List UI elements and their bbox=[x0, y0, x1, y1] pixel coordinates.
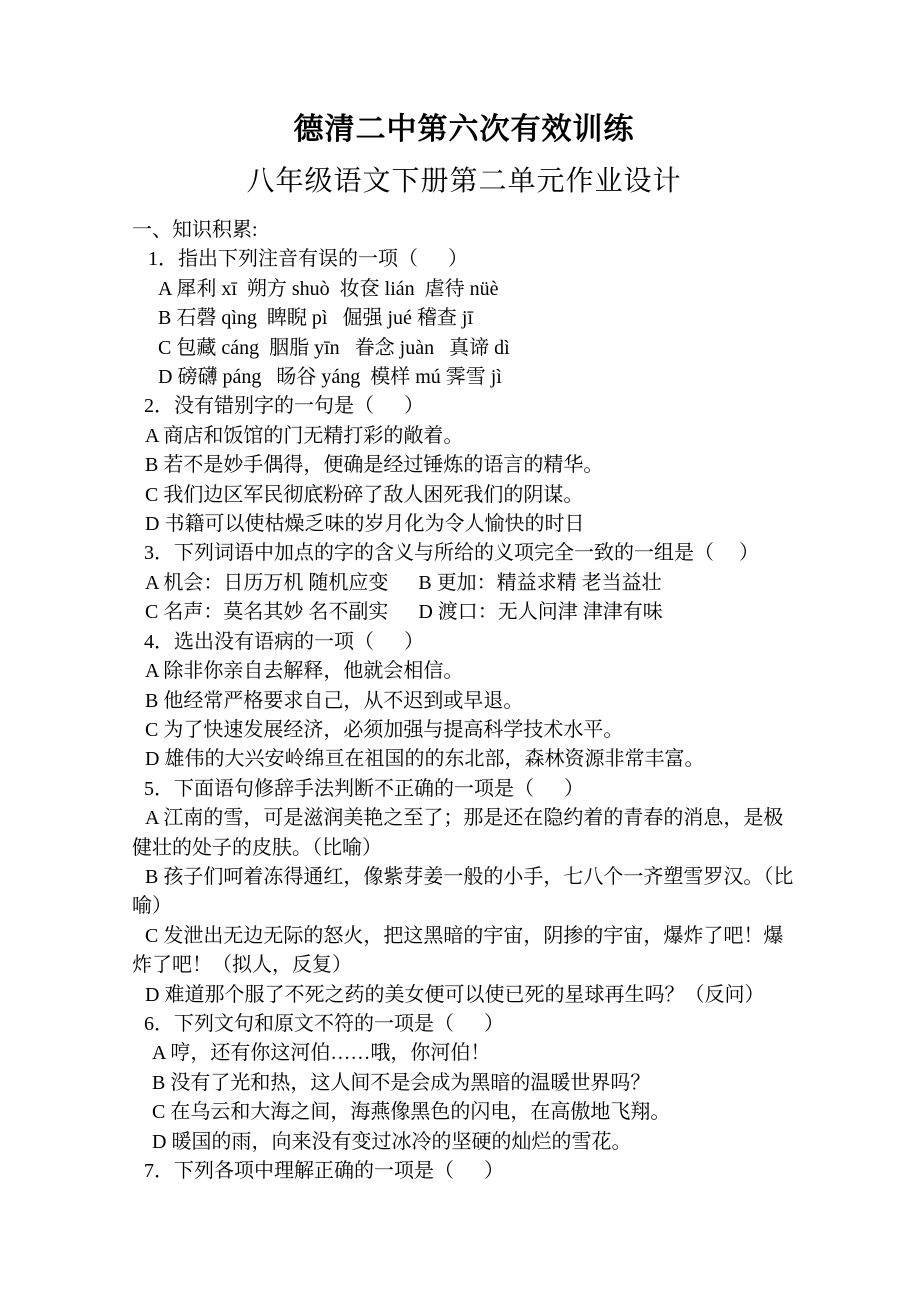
question-6-option-c: C 在乌云和大海之间，海燕像黑色的闪电，在高傲地飞翔。 bbox=[132, 1098, 796, 1127]
document-subtitle: 八年级语文下册第二单元作业设计 bbox=[132, 164, 796, 200]
question-4-option-a: A 除非你亲自去解释，他就会相信。 bbox=[132, 657, 796, 686]
section-heading: 一、知识积累: bbox=[132, 216, 796, 245]
question-6-option-d: D 暖国的雨，向来没有变过冰冷的坚硬的灿烂的雪花。 bbox=[132, 1128, 796, 1157]
question-5-option-a: A 江南的雪，可是滋润美艳之至了；那是还在隐约着的青春的消息，是极健壮的处子的皮… bbox=[132, 804, 796, 863]
question-2-stem: 2．没有错别字的一句是（ ） bbox=[132, 392, 796, 421]
document-title: 德清二中第六次有效训练 bbox=[132, 112, 796, 148]
question-5-option-b: B 孩子们呵着冻得通红，像紫芽姜一般的小手，七八个一齐塑雪罗汉。（比喻） bbox=[132, 863, 812, 922]
question-7-stem: 7．下列各项中理解正确的一项是（ ） bbox=[132, 1157, 796, 1186]
question-4-stem: 4．选出没有语病的一项（ ） bbox=[132, 628, 796, 657]
question-6-option-a: A 哼，还有你这河伯……哦，你河伯！ bbox=[132, 1039, 796, 1068]
question-1-stem: 1．指出下列注音有误的一项（ ） bbox=[132, 245, 796, 274]
question-5-option-d: D 难道那个服了不死之药的美女便可以使已死的星球再生吗？（反问） bbox=[132, 981, 796, 1010]
question-1-option-a: A 犀利 xī 朔方 shuò 妆奁 lián 虐待 nüè bbox=[132, 275, 796, 304]
question-1-option-d: D 磅礴 páng 旸谷 yáng 模样 mú 霁雪 jì bbox=[132, 363, 796, 392]
question-6-option-b: B 没有了光和热，这人间不是会成为黑暗的温暖世界吗？ bbox=[132, 1069, 796, 1098]
question-4-option-d: D 雄伟的大兴安岭绵亘在祖国的的东北部，森林资源非常丰富。 bbox=[132, 745, 796, 774]
question-4-option-b: B 他经常严格要求自己，从不迟到或早退。 bbox=[132, 687, 796, 716]
question-1-option-c: C 包藏 cáng 胭脂 yīn 眷念 juàn 真谛 dì bbox=[132, 334, 796, 363]
question-5-option-c: C 发泄出无边无际的怒火，把这黑暗的宇宙，阴掺的宇宙，爆炸了吧！爆炸了吧！（拟人… bbox=[132, 922, 796, 981]
question-3-options-ab: A 机会：日历万机 随机应变 B 更加：精益求精 老当益壮 bbox=[132, 569, 796, 598]
question-1-option-b: B 石磬 qìng 睥睨 pì 倔强 jué 稽查 jī bbox=[132, 304, 796, 333]
question-2-option-a: A 商店和饭馆的门无精打彩的敞着。 bbox=[132, 422, 796, 451]
question-6-stem: 6．下列文句和原文不符的一项是（ ） bbox=[132, 1010, 796, 1039]
question-2-option-b: B 若不是妙手偶得，便确是经过锤炼的语言的精华。 bbox=[132, 451, 796, 480]
question-3-stem: 3．下列词语中加点的字的含义与所给的义项完全一致的一组是（ ） bbox=[132, 539, 796, 568]
worksheet-page: 德清二中第六次有效训练 八年级语文下册第二单元作业设计 一、知识积累: 1．指出… bbox=[0, 0, 920, 1186]
question-5-stem: 5．下面语句修辞手法判断不正确的一项是（ ） bbox=[132, 775, 796, 804]
question-2-option-d: D 书籍可以使枯燥乏味的岁月化为令人愉快的时日 bbox=[132, 510, 796, 539]
question-4-option-c: C 为了快速发展经济，必须加强与提高科学技术水平。 bbox=[132, 716, 796, 745]
question-3-options-cd: C 名声：莫名其妙 名不副实 D 渡口：无人问津 津津有味 bbox=[132, 598, 796, 627]
question-2-option-c: C 我们边区军民彻底粉碎了敌人困死我们的阴谋。 bbox=[132, 481, 796, 510]
